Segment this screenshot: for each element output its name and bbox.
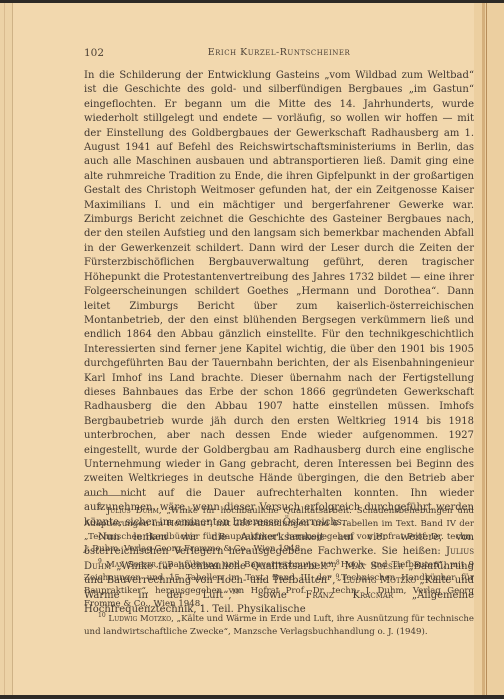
footnote-author: Ludwig Motzko xyxy=(108,614,171,624)
footnotes: 8 Julius Duhm, „Winke für hochbauliche Q… xyxy=(84,505,474,642)
paragraph-1: In die Schilderung der Entwicklung Gaste… xyxy=(84,69,474,530)
footnote-author: Julius Duhm xyxy=(107,506,159,516)
footnote-marker: 9 xyxy=(98,558,102,565)
footnote-marker: 10 xyxy=(98,613,106,620)
footnote-marker: 8 xyxy=(98,504,102,511)
footnote-9: 9 Max Soeser, „Bauführung und Bauverrech… xyxy=(84,559,474,610)
scan-bottom-border xyxy=(0,695,504,699)
running-head: Erich Kurzel-Runtscheiner xyxy=(84,47,474,58)
page-right-edge xyxy=(474,3,504,695)
page-left-edge xyxy=(0,3,13,695)
footnote-10: 10 Ludwig Motzko, „Kälte und Wärme in Er… xyxy=(84,613,474,639)
page-header: 102 Erich Kurzel-Runtscheiner xyxy=(84,47,474,59)
footnote-divider xyxy=(84,495,136,496)
footnote-8: 8 Julius Duhm, „Winke für hochbauliche Q… xyxy=(84,505,474,556)
footnote-author: Max Soeser xyxy=(106,560,156,570)
